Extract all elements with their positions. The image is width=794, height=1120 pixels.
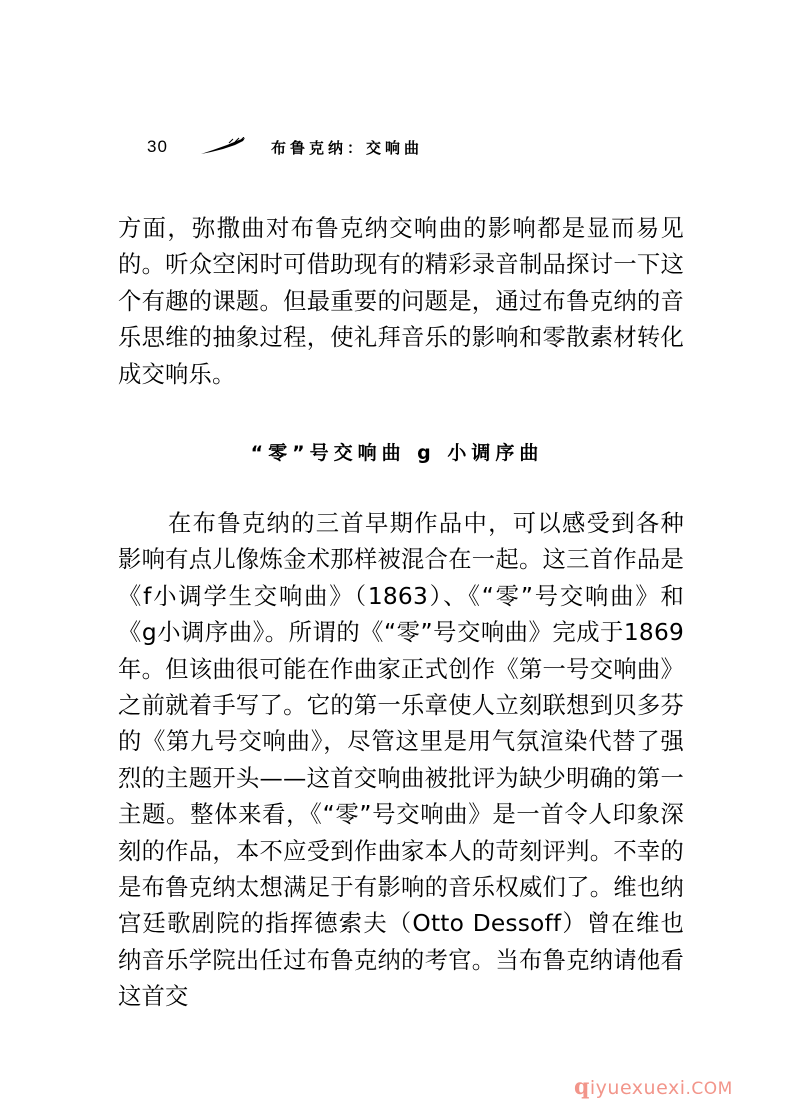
section-heading: “零”号交响曲 g 小调序曲 xyxy=(0,438,794,465)
quill-icon xyxy=(199,137,247,157)
watermark-q: q xyxy=(574,1074,590,1100)
body-paragraph: 在布鲁克纳的三首早期作品中，可以感受到各种影响有点儿像炼金术那样被混合在一起。这… xyxy=(118,506,684,1016)
page-header: 30 布鲁克纳：交响曲 xyxy=(147,133,423,161)
page-number: 30 xyxy=(147,137,199,157)
body-paragraph: 方面，弥撒曲对布鲁克纳交响曲的影响都是显而易见的。听众空闲时可借助现有的精彩录音… xyxy=(118,211,684,393)
running-title: 布鲁克纳：交响曲 xyxy=(271,137,423,158)
watermark-text: iyuexuexi xyxy=(590,1077,686,1099)
watermark-suffix: .COM xyxy=(685,1079,732,1099)
watermark: qiyuexuexi.COM xyxy=(574,1074,733,1100)
